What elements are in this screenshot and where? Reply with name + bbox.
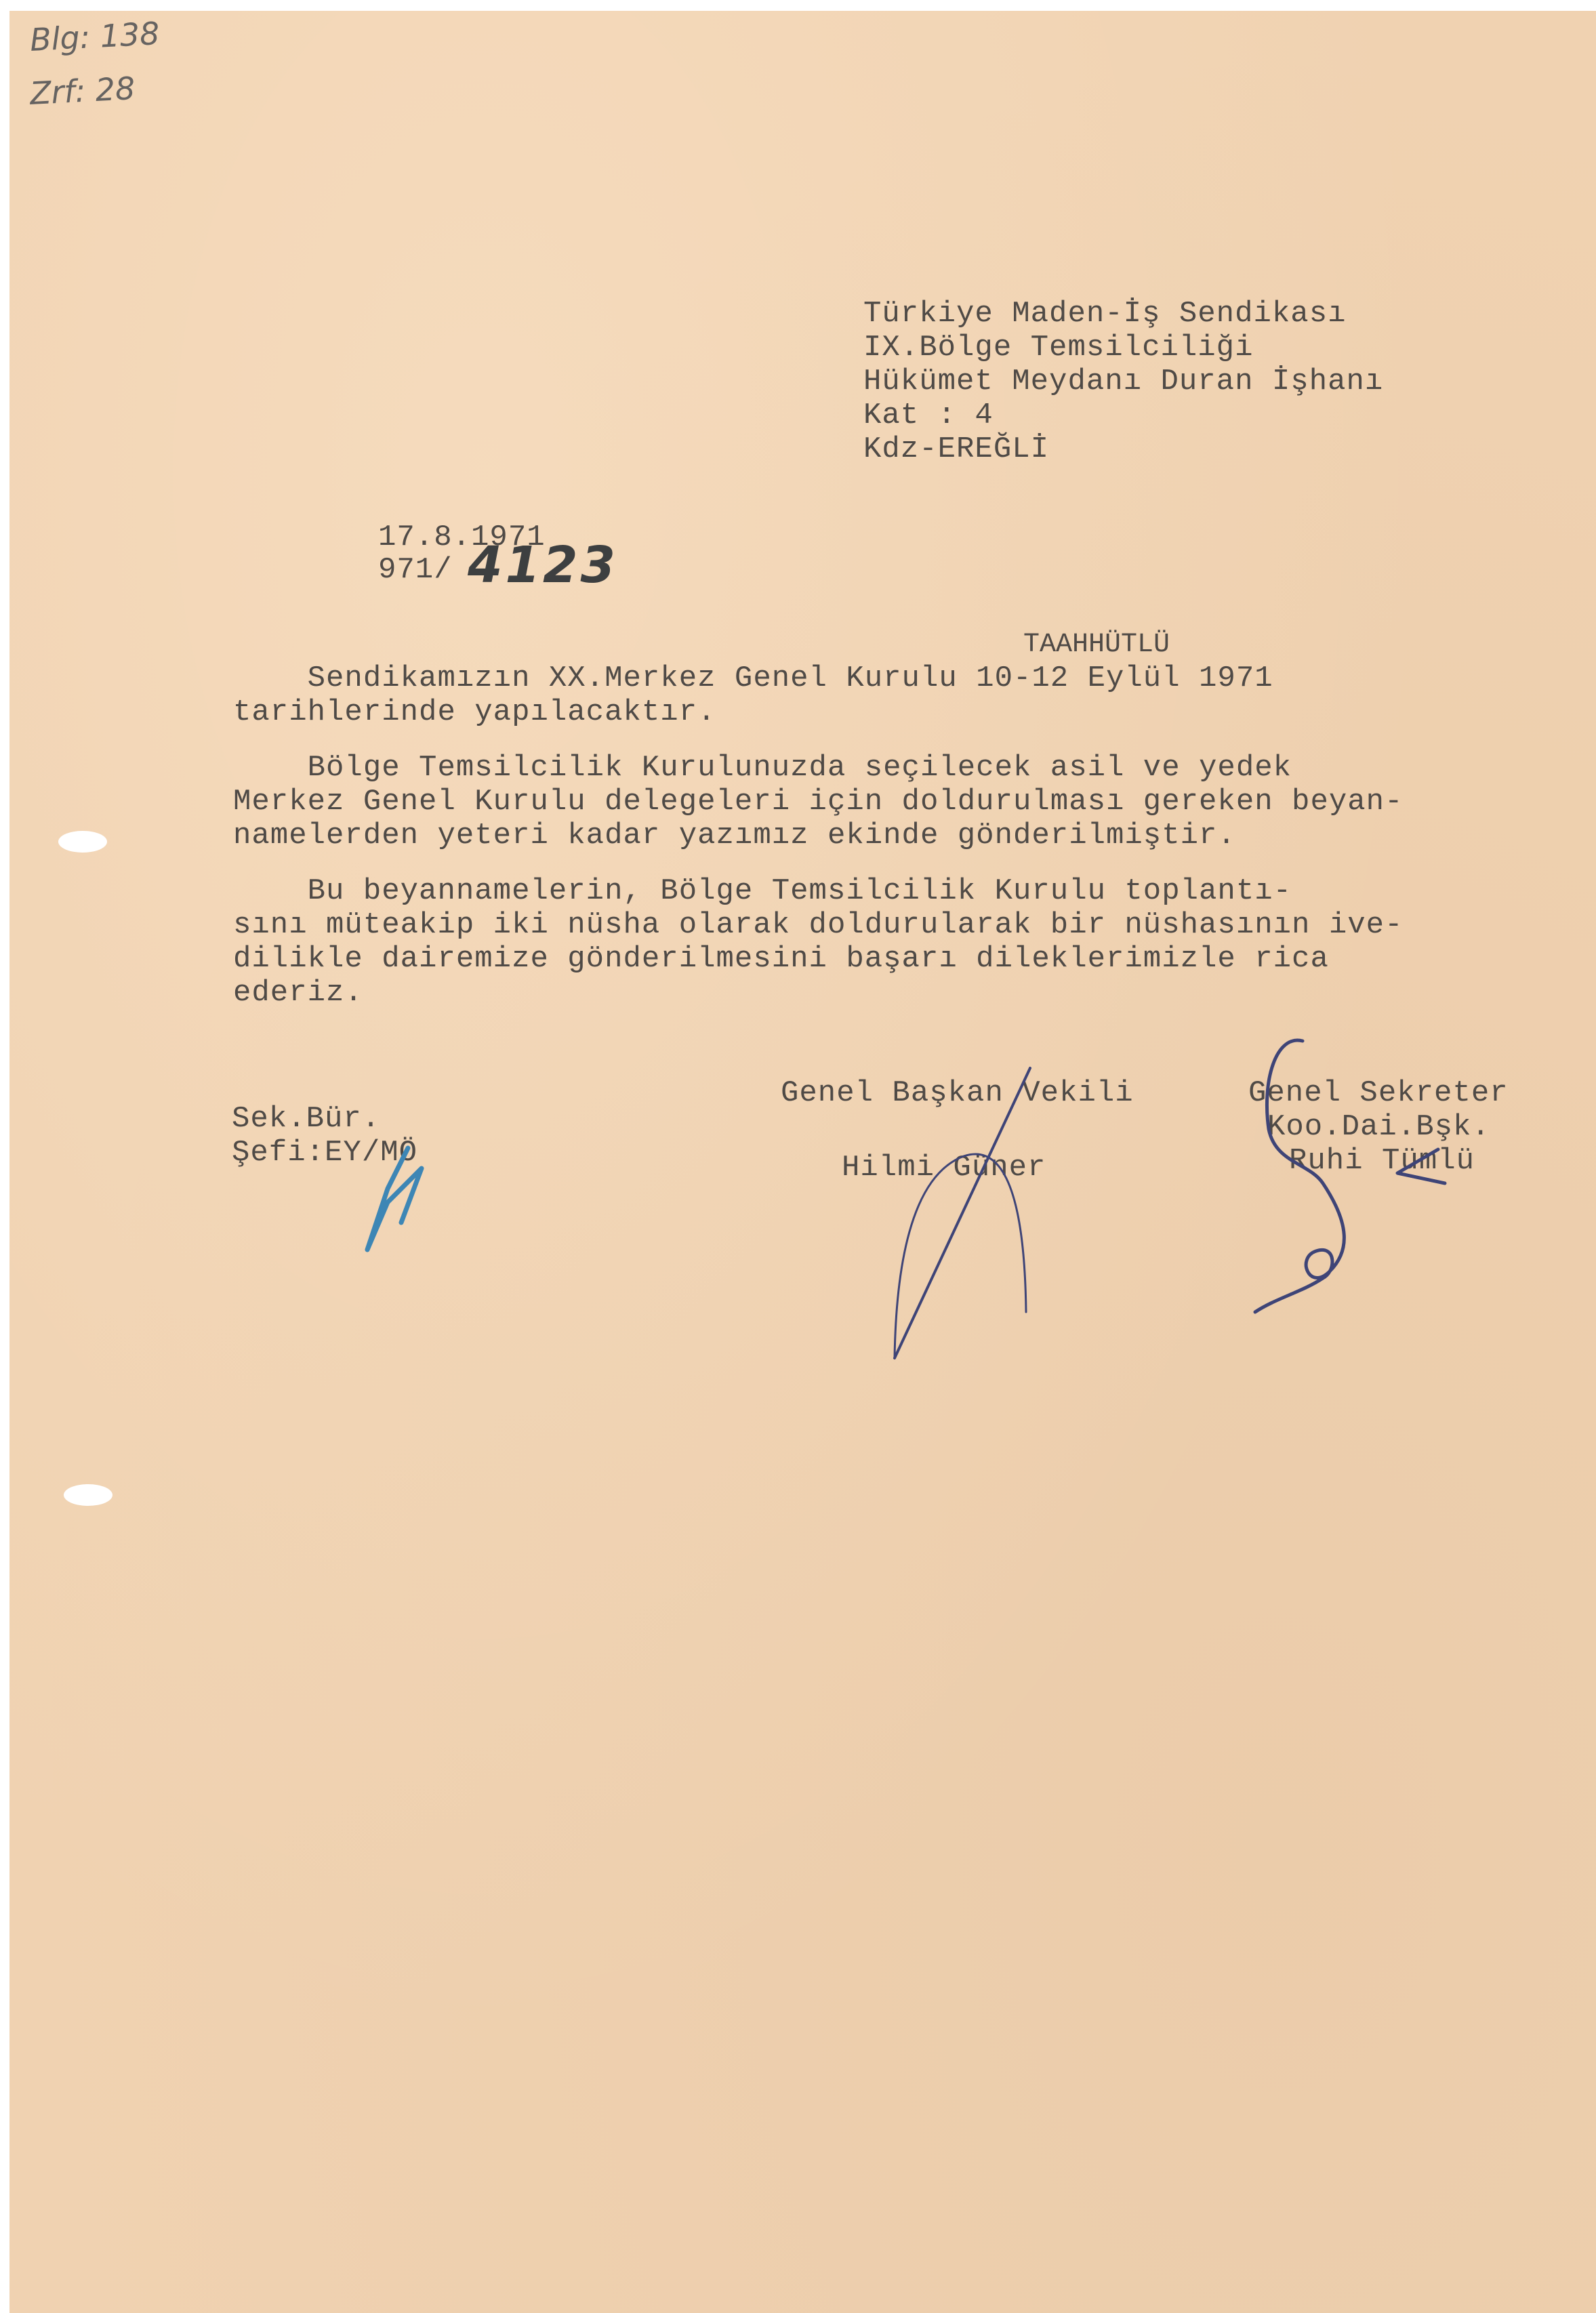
registered-mail-mark: TAAHHÜTLÜ xyxy=(1023,626,1170,663)
letterhead-line-region: IX.Bölge Temsilciliği xyxy=(863,329,1254,367)
body-line: Bölge Temsilcilik Kurulunuzda seçilecek … xyxy=(233,750,1292,787)
letterhead-line-city: Kdz-EREĞLİ xyxy=(863,431,1049,468)
body-line: Bu beyannamelerin, Bölge Temsilcilik Kur… xyxy=(233,873,1292,910)
reference-number-handwritten: 4123 xyxy=(468,538,618,592)
letterhead-line-address: Hükümet Meydanı Duran İşhanı xyxy=(863,363,1383,401)
letterhead-line-org: Türkiye Maden-İş Sendikası xyxy=(863,295,1347,333)
letterhead-line-floor: Kat : 4 xyxy=(863,397,994,434)
body-line: Merkez Genel Kurulu delegeleri için dold… xyxy=(233,783,1403,821)
archive-note-line-1: Blg: 138 xyxy=(29,14,161,59)
body-line: dilikle dairemize gönderilmesini başarı … xyxy=(233,941,1329,978)
body-line: ederiz. xyxy=(233,975,363,1012)
punch-hole-bottom xyxy=(64,1484,112,1506)
initials-signature-blue xyxy=(340,1128,476,1263)
document-page: Blg: 138 Zrf: 28 Türkiye Maden-İş Sendik… xyxy=(9,11,1596,2313)
vice-president-signature xyxy=(882,1068,1045,1380)
reference-prefix: 971/ xyxy=(378,552,453,589)
punch-hole-top xyxy=(58,831,107,853)
body-line: tarihlerinde yapılacaktır. xyxy=(233,694,716,731)
body-line: sını müteakip iki nüsha olarak doldurula… xyxy=(233,907,1403,944)
body-line: namelerden yeteri kadar yazımız ekinde g… xyxy=(233,817,1236,855)
archive-note-line-2: Zrf: 28 xyxy=(29,69,136,112)
body-line: Sendikamızın XX.Merkez Genel Kurulu 10-1… xyxy=(233,660,1273,697)
general-secretary-signature xyxy=(1221,1027,1506,1285)
